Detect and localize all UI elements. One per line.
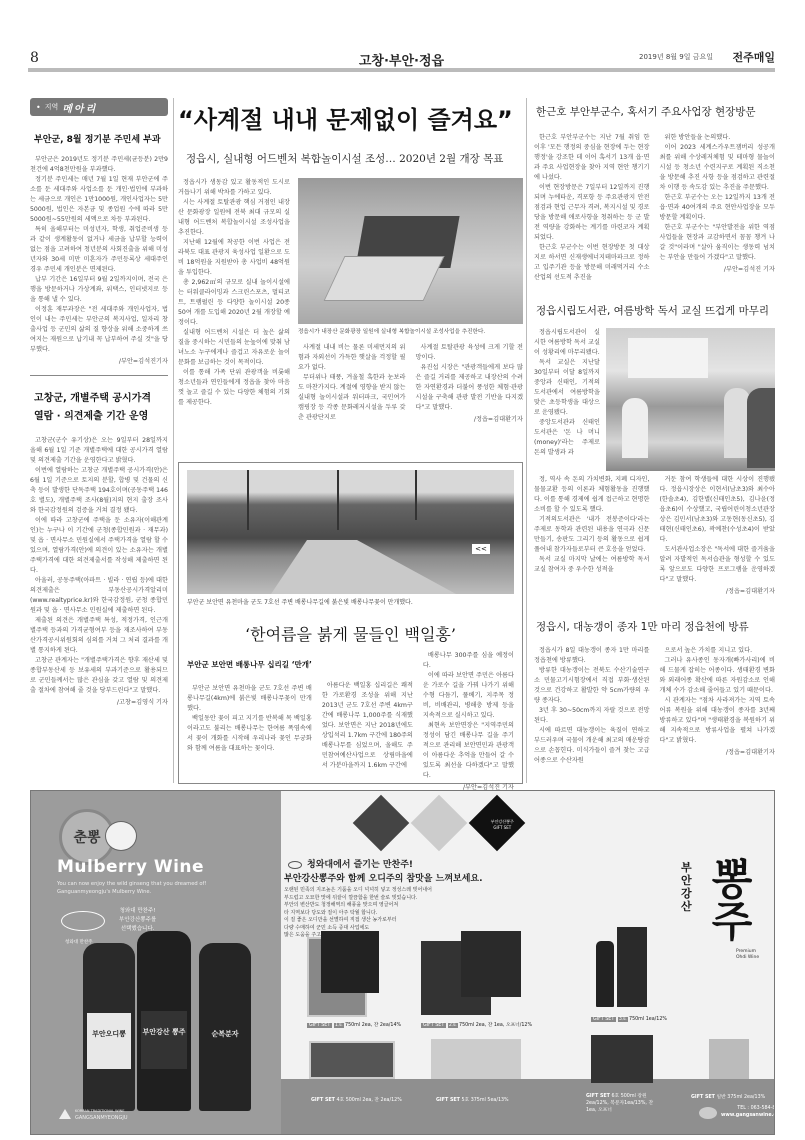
article-col2: 으로서 높은 가치를 지니고 있다. 그러나 유사종인 동자개(빠가사리)에 비… <box>660 646 776 766</box>
road-shape <box>267 540 467 594</box>
byline: /고창=김영식 기자 <box>30 697 168 706</box>
big-logo-en: Ohdi Wine <box>736 955 759 961</box>
gift-set-desc: 375ml 2ea/13% <box>727 1095 765 1100</box>
byline: /정읍=김대환기자 <box>660 586 776 595</box>
paragraph: 시에 따르면 대농갱이는 육질이 연하고 부드러우며 국물이 개운해 최고의 매… <box>534 726 650 766</box>
bottle-label: 순복분자 <box>201 1029 249 1039</box>
headline: 정읍시립도서관, 여름방학 독서 교실 뜨겁게 마무리 <box>536 303 775 318</box>
gift-set-num: 3호 <box>618 1017 628 1022</box>
phone-number: TEL : 063-584-8960 <box>721 1105 775 1112</box>
paragraph: 3년 후 30~50cm까지 자랄 것으로 전망된다. <box>534 706 650 726</box>
paragraph: 무더위나 태풍, 겨울철 혹한과 눈보라도 마찬가지다. 계절에 영향을 받지 … <box>298 373 406 423</box>
gift-set-label: GIFT SET 일반 375ml 2ea/13% <box>691 1093 765 1100</box>
mulberry-wine-advertisement: 춘뽕 Mulberry Wine You can now enjoy the w… <box>30 790 775 1135</box>
article-body-left: 정읍시가 생동감 있고 활동적인 도시로 거듭나기 위해 박차를 가하고 있다.… <box>178 178 290 423</box>
paragraph: 독서 교실 마지막 날에는 여름방학 독서 교실 참여자 중 우수한 성적을 <box>534 555 650 575</box>
paragraph: 백일동안 꽃이 피고 지기를 반복해 목 백일홍이라고도 불리는 배롱나무는 한… <box>187 714 312 754</box>
crape-myrtle-road-photo: << <box>187 470 514 594</box>
gift-set-4-image <box>309 1041 395 1079</box>
emblem-icon <box>288 861 302 869</box>
diamond-images: 부안강산뽕주 GIFT SET <box>361 803 517 843</box>
gift-set-desc: 750ml 2ea, 잔 1ea, 오프너/12% <box>459 1023 532 1028</box>
article-col2: 거둔 참여 학생들에 대한 시상이 진행됐다. 정읍시장상은 이현서(남초3)와… <box>660 475 776 595</box>
big-logo-small: 부안강산 <box>681 861 695 913</box>
website-link[interactable]: www.gangsanwine.com <box>721 1112 775 1119</box>
promo-line: 타 지역보다 당도와 질이 아주 탁월 합니다. <box>284 910 432 918</box>
gift-set-2-box <box>461 931 521 997</box>
footer-sub: KOREAN TRADITIONAL WINE <box>75 1109 125 1113</box>
article-col1: 정, 역사 속 돈의 가치변화, 지폐 디자인, 물물교환 등의 이론과 체험활… <box>534 475 650 595</box>
gift-set-desc: 500ml 2ea, 잔 2ea/12% <box>346 1098 402 1103</box>
paragraph: 고창군(군수 유기상)은 오는 9일부터 28일까지 올해 6월 1일 기준 개… <box>30 436 168 466</box>
paragraph: 사계절 내내 비는 물론 미세먼지의 위험과 자외선이 가득한 햇살을 걱정할 … <box>298 343 406 373</box>
blue-house-emblem-icon <box>61 911 105 931</box>
article-col1: 부안군 보안면 배롱나무 십리길 ‘만개’ 부안군 보안면 유천마을 군도 7호… <box>187 651 312 791</box>
fruit-diamond <box>411 795 468 852</box>
facility-rendering-photo <box>298 178 523 324</box>
gift-set-desc: 750ml 1ea/12% <box>629 1017 667 1022</box>
article-title: 고창군, 개별주택 공시가격 열람 · 의견제출 기간 운영 <box>30 390 168 426</box>
paragraph: 정기분 주민세는 매년 7월 1일 현재 부안군에 주소를 둔 세대주와 사업소… <box>30 175 168 225</box>
gift-set-num: 5호 <box>461 1098 469 1103</box>
title-line: 열람 · 의견제출 기간 운영 <box>34 408 168 426</box>
right-column: 한근호 부안부군수, 혹서기 주요사업장 현장방문 한근호 부안부군수는 지난 … <box>530 98 775 766</box>
paragraph: 으로서 높은 가치를 지니고 있다. <box>660 646 776 656</box>
mascot-icon <box>105 821 137 851</box>
gift-set-label: GIFT SET 5호 375ml 5ea/13% <box>436 1096 509 1103</box>
paragraph: 납부 기간은 16일부터 9월 2일까지이며, 전국 은행을 방문하거나 가상계… <box>30 275 168 305</box>
promo-line: 부드럽고 오묘한 맛에 뒤끝이 깔끔함을 한번 술로 빚었습니다. <box>284 895 432 903</box>
article-body: 부안군은 2019년도 정기분 주민세(균등분) 2만9천건에 4억8천만원을 … <box>30 155 168 355</box>
company-logo-icon <box>699 1107 717 1119</box>
photo-caption: 정읍시가 내장산 문화광장 일원에 실내형 복합놀이시설 조성사업을 추진한다. <box>298 327 523 337</box>
paragraph: 고창군 관계자는 "개별주택가격은 향후 재산세 및 종합부동산세 등 보유세의… <box>30 656 168 696</box>
center-article-top: “사계절 내내 문제없이 즐겨요” 정읍시, 실내형 어드벤처 복합놀이시설 조… <box>178 100 523 423</box>
page-header: 8 고창·부안·정읍 2019년 8월 9일 금요일 전주매일 <box>28 44 775 74</box>
paragraph: 이정훈 재무과장은 "전 세대주와 개인사업자, 법인이 내는 주민세는 부안군… <box>30 305 168 355</box>
article-body: 고창군(군수 유기상)은 오는 9일부터 28일까지 올해 6월 1일 기준 개… <box>30 436 168 696</box>
article-col2: 위한 방안들을 논의했다. 이어 2023 세계스카우트잼버리 성공개최를 위해… <box>660 133 776 283</box>
award-text-line: 청와대 만찬주! <box>119 907 156 916</box>
paragraph: 거둔 참여 학생들에 대한 시상이 진행됐다. 정읍시장상은 이현서(남초3)와… <box>660 475 776 545</box>
paragraph: 독서 교실은 지난달 30일부터 이달 8일까지 중앙과 신태인, 기적의 도서… <box>534 358 600 418</box>
byline: /정읍=김대환기자 <box>416 414 524 423</box>
promo-headline: 청와대에서 즐기는 만찬주! <box>307 857 413 870</box>
gift-set-num: 4호 <box>336 1098 344 1103</box>
left-column: • 지역 메아리 부안군, 8월 정기분 주민세 부과 부안군은 2019년도 … <box>30 98 168 706</box>
paragraph: 아울러, 공동주택(아파트 · 빌라 · 연립 등)에 대한 의견제출은 부동산… <box>30 576 168 616</box>
bottle-bokbunja: 순복분자 <box>199 943 251 1111</box>
bottle-odi: 부안오디뽕 <box>83 943 135 1111</box>
brand-title: Mulberry Wine <box>57 857 204 877</box>
paragraph: 정읍시립도서관이 실시한 여름방학 독서 교실이 성황리에 마무리됐다. <box>534 328 600 358</box>
title-line: 고창군, 개별주택 공시가격 <box>34 390 168 408</box>
paragraph: 정, 역사 속 돈의 가치변화, 지폐 디자인, 물물교환 등의 이론과 체험활… <box>534 475 650 515</box>
center-article-boxed: << 부안군 보안면 유천마을 군도 7호선 주변 배롱나무길에 붉은빛 배롱나… <box>178 462 523 784</box>
gift-set-3-bottle <box>596 941 614 1007</box>
student-figure <box>747 388 775 468</box>
gift-set-tag: GIFT SET <box>586 1094 610 1099</box>
promo-line: 부안의 변산반도 청정해역의 해풍을 맞으며 영글어져 <box>284 902 432 910</box>
photo-caption: 부안군 보안면 유천마을 군도 7호선 주변 배롱나무길에 붉은빛 배롱나무꽃이… <box>187 598 514 608</box>
paragraph: 도서관사업소장은 "독서에 대한 즐거움을 알려 자발적인 독서습관을 형성할 … <box>660 545 776 585</box>
gift-set-tag: GIFT SET <box>311 1098 335 1103</box>
ad-brand-panel: 춘뽕 Mulberry Wine You can now enjoy the w… <box>31 791 281 1135</box>
paragraph: 사계절 토탈관광 육성에 크게 기할 전망이다. <box>416 343 524 363</box>
bottle-label: 부안강산 뽕주 <box>141 1011 187 1069</box>
paragraph: 유진섭 시장은 "관광객들에게 보다 많은 즐길 거리를 제공하고 내장산의 수… <box>416 363 524 413</box>
issue-date: 2019년 8월 9일 금요일 <box>639 52 713 62</box>
article-col2: 아름다운 백일홍 십리길은 쾌적한 가로환경 조성을 위해 지난 2013년 군… <box>322 651 413 791</box>
gift-set-num: 2호 <box>448 1023 458 1028</box>
gift-set-num: 6호 <box>611 1094 619 1099</box>
gift-set-1-box <box>321 931 379 993</box>
paragraph: 한근호 부군수는 오는 12일까지 13개 전 읍·면과 40여개의 주요 현안… <box>660 193 776 223</box>
award-text-line: 부안강산뽕주를 <box>119 916 156 925</box>
brand-subtitle: You can now enjoy the wild ginseng that … <box>57 881 206 887</box>
paragraph: 이어 2023 세계스카우트잼버리 성공개최를 위해 수상레저체험 및 테마형 … <box>660 143 776 193</box>
paragraph: 지난해 12월에 착공한 이번 사업은 전라북도 대표 관광지 육성사업 일환으… <box>178 238 290 278</box>
bottle-label: 부안오디뽕 <box>87 1013 131 1069</box>
paragraph: 이를 통해 가족 단위 관광객을 비롯해 청소년들과 연인들에게 정읍을 찾아 … <box>178 368 290 408</box>
paragraph: 제출된 의견은 개별주택 특성, 적정가격, 인근개별주택 등과의 가격균형여부… <box>30 616 168 656</box>
byline: /부안=김석진기자 <box>30 356 168 365</box>
paragraph: 총 2,962㎡의 규모로 실내 놀이시설에는 터워클라이밍과 스크린스포츠, … <box>178 278 290 328</box>
paragraph: 부안군 보안면 유천마을 군도 7호선 주변 배롱나무길(4km)에 붉은빛 배… <box>187 684 312 714</box>
utility-pole <box>415 470 417 520</box>
gift-set-5-image <box>431 1039 521 1079</box>
headline: ‘한여름을 붉게 물들인 백일홍’ <box>187 622 514 645</box>
gift-set-diamond: 부안강산뽕주 GIFT SET <box>469 795 526 852</box>
badge-prefix: 지역 <box>45 102 59 112</box>
paragraph: 방류한 대농갱이는 전북도 수산기술연구소 민물고기시험장에서 직접 부화·생산… <box>534 666 650 706</box>
logo-text: 춘뽕 <box>73 827 100 847</box>
projector-screen <box>628 338 708 378</box>
badge-title: 메아리 <box>62 100 97 115</box>
paragraph: 이에 따라 고창군에 주택을 둔 소유자(이해관계인)는 누구나 이 기간에 군… <box>30 516 168 576</box>
gift-set-desc: 750ml 2ea, 잔 2ea/14% <box>345 1023 401 1028</box>
headline: 정읍시, 대농갱이 종자 1만 마리 정읍천에 방류 <box>536 619 775 634</box>
gift-set-tag: GIFT SET <box>307 1023 332 1028</box>
paragraph: 실내형 어드벤처 시설은 더 높은 삶의 질을 중시하는 시민들의 눈높이에 맞… <box>178 328 290 368</box>
promo-line: 오랜된 민족의 지조높은 기품을 오디 넉넉히 넣고 정성스레 빚어내어 <box>284 887 432 895</box>
byline: /정읍=김대환기자 <box>660 747 776 756</box>
article-col3: 배롱나무 300주를 심을 예정이다. 이에 따라 보안면 주민은 아름다운 가… <box>423 651 514 791</box>
gift-set-tag: GIFT SET <box>591 1017 616 1022</box>
header-rule <box>28 68 775 72</box>
paragraph: 시는 사계절 토탈관광 핵심 거점인 내장산 문화광장 일원에 전북 최대 규모… <box>178 198 290 238</box>
utility-pole <box>247 470 249 530</box>
ad-bottom-band <box>281 1079 775 1135</box>
gift-set-tag: GIFT SET <box>421 1023 446 1028</box>
student-figure <box>622 398 648 458</box>
column-rule <box>526 98 527 783</box>
gift-set-tag: GIFT SET <box>691 1095 715 1100</box>
utility-pole <box>337 470 339 530</box>
gift-set-label: GIFT SET 4호 500ml 2ea, 잔 2ea/12% <box>311 1096 402 1103</box>
paragraph: 이에 따라 보안면 주민은 아름다운 가로수 길을 가꿔 나가기 위해 수형 다… <box>423 671 514 721</box>
paragraph: 부안군은 2019년도 정기분 주민세(균등분) 2만9천건에 4억8천만원을 … <box>30 155 168 175</box>
award-label: 청와대 만찬주 <box>65 939 93 945</box>
paragraph: 배롱나무 300주를 심을 예정이다. <box>423 651 514 671</box>
newspaper-name: 전주매일 <box>732 49 775 65</box>
courtyard-shape <box>324 256 445 301</box>
brand-subtitle: Ganguanmyeongju's Mulberry Wine. <box>57 889 151 895</box>
mountain-logo-icon <box>59 1109 71 1119</box>
paragraph: 그러나 유사종인 동자개(빠가사리)에 비해 드물게 잡히는 어종이다. 생태환… <box>660 656 776 696</box>
mulberry-diamond <box>353 795 410 852</box>
article-side-text: 정읍시립도서관이 실시한 여름방학 독서 교실이 성황리에 마무리됐다. 독서 … <box>534 328 600 471</box>
gift-set-7-image <box>709 1039 749 1079</box>
promo-headline: 부안강산뽕주와 함께 오디주의 참맛을 느껴보세요. <box>284 871 483 884</box>
paragraph: 정읍시가 8일 대농갱이 종자 1만 마리를 정읍천에 방류했다. <box>534 646 650 666</box>
footer-brand: GANGSANMYEONGJU <box>75 1115 128 1121</box>
gift-set-num: 1호 <box>334 1023 344 1028</box>
contact-info: TEL : 063-584-8960 www.gangsanwine.com <box>721 1105 775 1119</box>
paragraph: 이번 현장방문은 7일부터 12일까지 진행되며 누에타운, 격포항 등 주요관… <box>534 183 650 243</box>
paragraph: 중앙도서관과 신태인도서관은 '돈 나 머니(money)'라는 주제로 돈의 … <box>534 418 600 458</box>
gift-set-3-box <box>617 927 647 1007</box>
big-logo-english: Premium Ohdi Wine <box>736 949 759 961</box>
gift-set-label: GIFT SET 3호 750ml 1ea/12% <box>591 1015 667 1022</box>
article-body-right: 사계절 토탈관광 육성에 크게 기할 전망이다. 유진섭 시장은 "관광객들에게… <box>416 343 524 423</box>
article-col1: 한근호 부안부군수는 지난 7월 취임 한 이후 '모든 행정의 중심을 현장에… <box>534 133 650 283</box>
gift-set-label: GIFT SET 2호 750ml 2ea, 잔 1ea, 오프너/12% <box>421 1021 532 1028</box>
gift-set-label: GIFT SET 6호 500ml 장원2ea/12%, 복분자1ea/13%,… <box>586 1093 656 1114</box>
gift-set-label: GIFT SET 1호 750ml 2ea, 잔 2ea/14% <box>307 1021 401 1028</box>
paragraph: 한근호 부군수는 이번 현장방문 첫 대상지로 하서면 신재생에너지테마파크로 … <box>534 243 650 283</box>
paragraph: 최현옥 보안면장은 "지역주민의 정성이 담긴 배롱나무 길을 주기적으로 관리… <box>423 721 514 781</box>
gift-set-tag: GIFT SET <box>436 1098 460 1103</box>
article-col1: 정읍시가 8일 대농갱이 종자 1만 마리를 정읍천에 방류했다. 방류한 대농… <box>534 646 650 766</box>
subheadline: 정읍시, 실내형 어드벤처 복합놀이시설 조성… 2020년 2월 개장 목표 <box>186 151 523 166</box>
paragraph: 위한 방안들을 논의했다. <box>660 133 776 143</box>
paragraph: 정읍시가 생동감 있고 활동적인 도시로 거듭나기 위해 박차를 가하고 있다. <box>178 178 290 198</box>
paragraph: 특히 올해부터는 미성년자, 학생, 취업준비생 등과 같이 생계활동이 없거나… <box>30 225 168 275</box>
region-badge: • 지역 메아리 <box>30 98 168 116</box>
subheadline: 부안군 보안면 배롱나무 십리길 ‘만개’ <box>187 659 312 670</box>
paragraph: 이번에 열람하는 고창군 개별주택 공시가격(안)은 6월 1일 기준으로 토지… <box>30 466 168 516</box>
gift-set-desc: 375ml 5ea/13% <box>471 1098 509 1103</box>
chevron-sign-icon: << <box>472 544 490 554</box>
article-title: 부안군, 8월 정기분 주민세 부과 <box>34 132 168 145</box>
byline: /부안=김석진 기자 <box>660 264 776 273</box>
bullet-icon: • <box>36 103 41 112</box>
award-text: 청와대 만찬주! 부안강산뽕주를 선택했습니다. <box>119 907 156 934</box>
paragraph: 한근호 부군수는 "부안발전을 위한 역점사업들을 현장과 교감하면서 꼼꼼 챙… <box>660 223 776 263</box>
divider <box>30 375 168 376</box>
column-rule <box>173 98 174 783</box>
library-class-photo <box>606 328 775 471</box>
big-logo-large: 뽕주 <box>699 857 759 941</box>
gift-set-num: 일반 <box>716 1095 725 1100</box>
paragraph: 시 관계자는 "점차 사라져가는 지역 토속 어류 복원을 위해 대농갱이 종자… <box>660 696 776 746</box>
paragraph: 기적의도서관은 '내가 전봉준이다'라는 주제로 동학과 관련된 내용을 연극과… <box>534 515 650 555</box>
paragraph: 아름다운 백일홍 십리길은 쾌적한 가로환경 조성을 위해 지난 2013년 군… <box>322 681 413 771</box>
gift-set-6-image <box>591 1035 653 1083</box>
diamond-badge-text: GIFT SET <box>482 825 522 830</box>
paragraph: 한근호 부안부군수는 지난 7월 취임 한 이후 '모든 행정의 중심을 현장에… <box>534 133 650 183</box>
headline: “사계절 내내 문제없이 즐겨요” <box>178 100 523 135</box>
bottle-ppongju: 부안강산 뽕주 <box>137 931 191 1111</box>
article-body-mid: 사계절 내내 비는 물론 미세먼지의 위험과 자외선이 가득한 햇살을 걱정할 … <box>298 343 406 423</box>
promo-line: 이 질 좋은 오디만을 선별하여 직접 생산 농가로부터 <box>284 917 432 925</box>
headline: 한근호 부안부군수, 혹서기 주요사업장 현장방문 <box>536 104 775 119</box>
